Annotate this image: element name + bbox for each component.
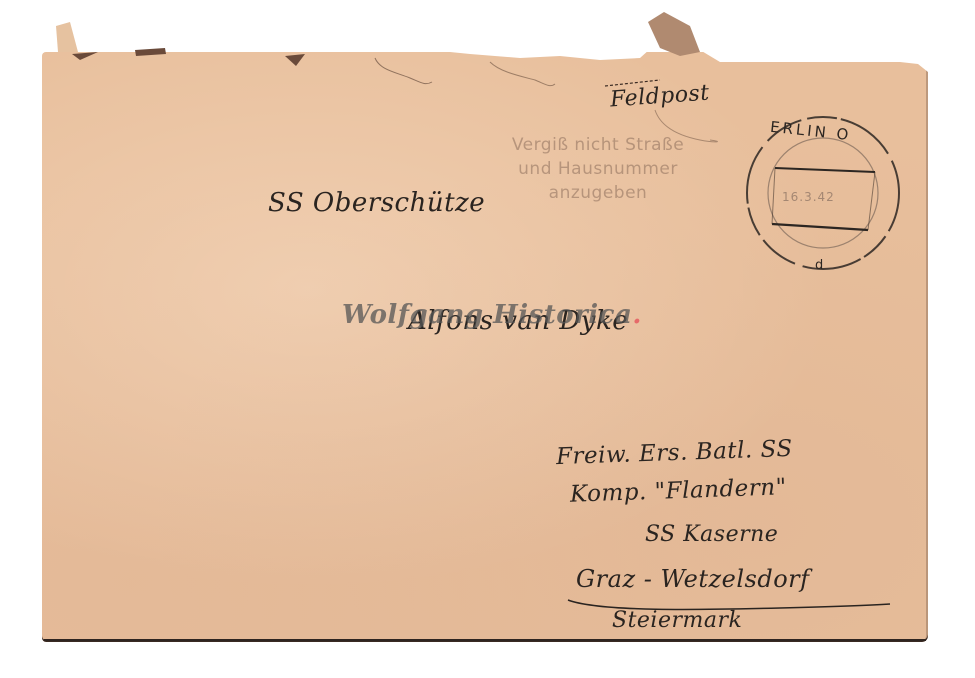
watermark-dot: .	[632, 300, 642, 330]
torn-flap	[56, 22, 78, 52]
watermark-text: Wolfgang Historica	[342, 300, 632, 330]
slogan-line: und Hausnummer	[478, 157, 718, 181]
watermark: Wolfgang Historica.	[342, 300, 642, 330]
address-line-3: SS Kaserne	[645, 522, 778, 547]
torn-flap	[648, 12, 700, 56]
address-line-4: Graz - Wetzelsdorf	[576, 565, 810, 593]
postmark-letter: d	[815, 258, 823, 273]
recipient-rank: SS Oberschütze	[268, 188, 485, 218]
slogan-line: Vergiß nicht Straße	[478, 133, 718, 157]
postmark-date: 16.3.42	[782, 190, 835, 204]
slogan-line: anzugeben	[478, 181, 718, 205]
address-line-5: Steiermark	[612, 608, 742, 633]
machine-slogan: Vergiß nicht Straße und Hausnummer anzug…	[478, 133, 718, 205]
